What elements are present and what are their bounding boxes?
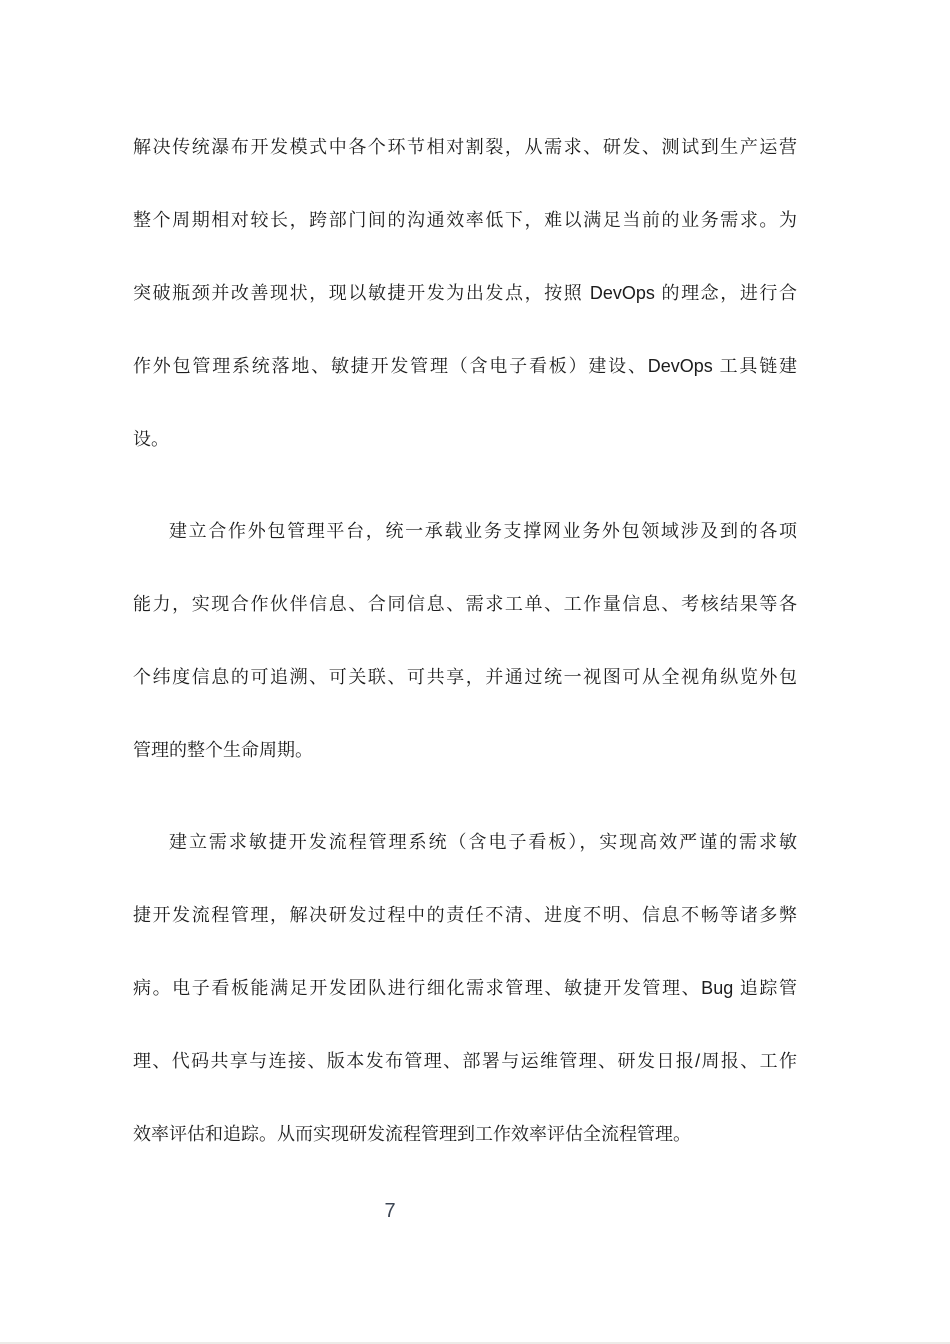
text-line: 能力，实现合作伙伴信息、合同信息、需求工单、工作量信息、考核结果等各 — [133, 568, 797, 641]
text-line: 设。 — [133, 403, 797, 476]
document-page: 解决传统瀑布开发模式中各个环节相对割裂，从需求、研发、测试到生产运营整个周期相对… — [0, 0, 950, 1344]
text-line: 建立合作外包管理平台，统一承载业务支撑网业务外包领域涉及到的各项 — [133, 495, 797, 568]
text-line: 解决传统瀑布开发模式中各个环节相对割裂，从需求、研发、测试到生产运营 — [133, 111, 797, 184]
paragraph: 解决传统瀑布开发模式中各个环节相对割裂，从需求、研发、测试到生产运营整个周期相对… — [133, 111, 797, 476]
text-line: 捷开发流程管理，解决研发过程中的责任不清、进度不明、信息不畅等诸多弊 — [133, 879, 797, 952]
text-body: 解决传统瀑布开发模式中各个环节相对割裂，从需求、研发、测试到生产运营整个周期相对… — [133, 111, 797, 1171]
text-line: 突破瓶颈并改善现状，现以敏捷开发为出发点，按照 DevOps 的理念，进行合 — [133, 257, 797, 330]
paragraph: 建立需求敏捷开发流程管理系统（含电子看板），实现高效严谨的需求敏捷开发流程管理，… — [133, 806, 797, 1171]
text-line: 建立需求敏捷开发流程管理系统（含电子看板），实现高效严谨的需求敏 — [133, 806, 797, 879]
text-line: 作外包管理系统落地、敏捷开发管理（含电子看板）建设、DevOps 工具链建 — [133, 330, 797, 403]
text-line: 效率评估和追踪。从而实现研发流程管理到工作效率评估全流程管理。 — [133, 1098, 797, 1171]
text-line: 理、代码共享与连接、版本发布管理、部署与运维管理、研发日报/周报、工作 — [133, 1025, 797, 1098]
text-line: 整个周期相对较长，跨部门间的沟通效率低下，难以满足当前的业务需求。为 — [133, 184, 797, 257]
text-line: 病。电子看板能满足开发团队进行细化需求管理、敏捷开发管理、Bug 追踪管 — [133, 952, 797, 1025]
text-line: 个纬度信息的可追溯、可关联、可共享，并通过统一视图可从全视角纵览外包 — [133, 641, 797, 714]
paragraph: 建立合作外包管理平台，统一承载业务支撑网业务外包领域涉及到的各项能力，实现合作伙… — [133, 495, 797, 787]
text-line: 管理的整个生命周期。 — [133, 714, 797, 787]
page-number: 7 — [0, 1196, 780, 1226]
